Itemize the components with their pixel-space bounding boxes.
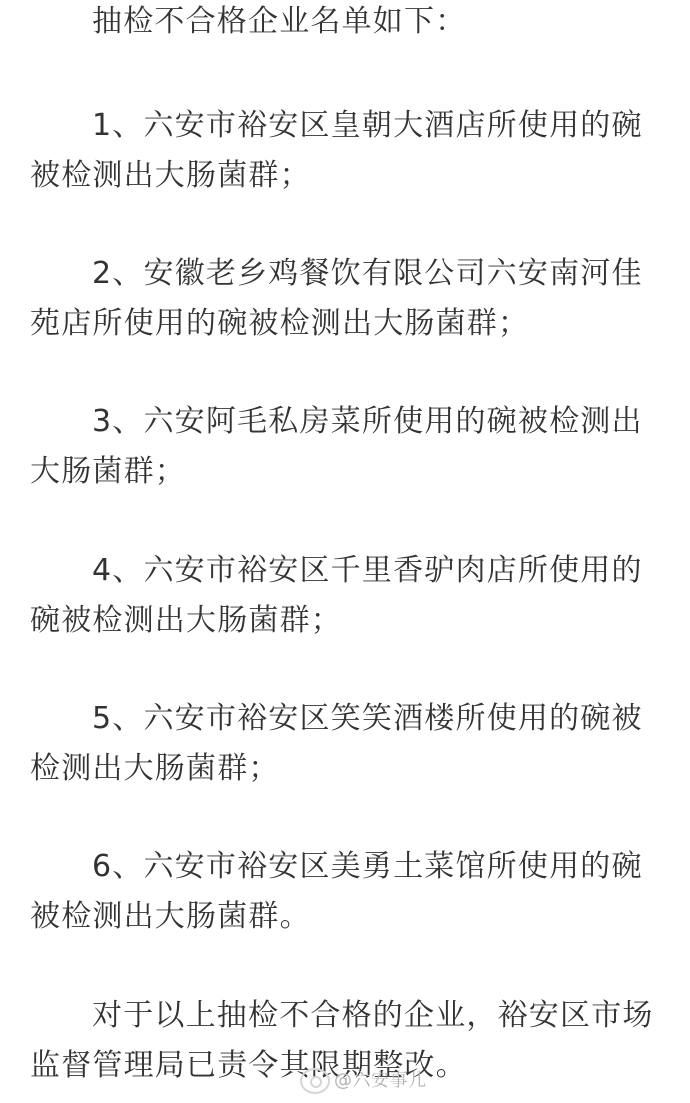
list-item-line: 大肠菌群； bbox=[30, 452, 186, 492]
list-item-line: 被检测出大肠菌群； bbox=[30, 156, 311, 196]
conclusion-line: 对于以上抽检不合格的企业，裕安区市场 bbox=[92, 996, 654, 1036]
list-item-line: 5、六安市裕安区笑笑酒楼所使用的碗被 bbox=[92, 699, 643, 739]
list-item-line: 3、六安阿毛私房菜所使用的碗被检测出 bbox=[92, 402, 643, 442]
list-item-line: 4、六安市裕安区千里香驴肉店所使用的 bbox=[92, 551, 643, 591]
list-item-line: 1、六安市裕安区皇朝大酒店所使用的碗 bbox=[92, 106, 643, 146]
list-item-line: 检测出大肠菌群； bbox=[30, 749, 280, 789]
list-item-line: 2、安徽老乡鸡餐饮有限公司六安南河佳 bbox=[92, 254, 643, 294]
list-item-line: 苑店所使用的碗被检测出大肠菌群； bbox=[30, 304, 529, 344]
watermark-handle: @六安事儿 bbox=[334, 1069, 427, 1093]
secondary-watermark bbox=[535, 1055, 685, 1095]
list-item-line: 6、六安市裕安区美勇土菜馆所使用的碗 bbox=[92, 847, 643, 887]
list-item-line: 被检测出大肠菌群。 bbox=[30, 897, 311, 937]
watermark: @六安事儿 bbox=[300, 1068, 427, 1094]
intro-line: 抽检不合格企业名单如下： bbox=[92, 2, 466, 42]
weibo-logo-icon bbox=[300, 1068, 330, 1094]
list-item-line: 碗被检测出大肠菌群； bbox=[30, 601, 342, 641]
